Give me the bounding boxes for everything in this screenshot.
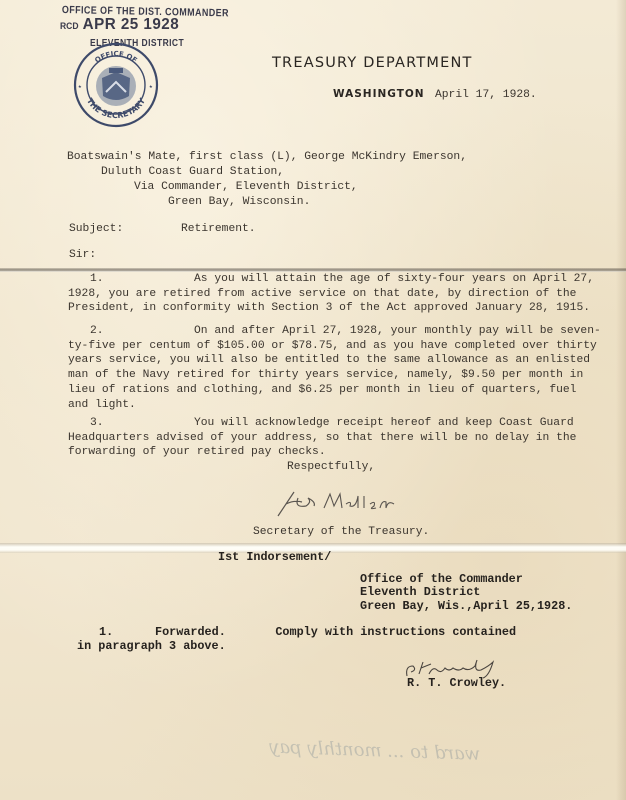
paragraph-1: 1.As you will attain the age of sixty-fo… (68, 272, 594, 316)
indorsement-office-line: Eleventh District (360, 585, 480, 600)
received-stamp-date-value: APR 25 1928 (83, 16, 179, 33)
address-line-city: Green Bay, Wisconsin. (168, 195, 310, 210)
received-stamp-prefix: RCD (60, 21, 79, 31)
paragraph-line: You will acknowledge receipt hereof and … (160, 417, 574, 429)
signature-mellon (272, 484, 412, 520)
subject-value: Retirement. (181, 222, 256, 237)
paragraph-line: President, in conformity with Section 3 … (68, 301, 594, 316)
paragraph-line: years service, you will also be entitled… (68, 353, 601, 368)
treasury-seal-icon: OFFICE OF THE SECRETARY ★ ★ (73, 42, 159, 128)
closing: Respectfully, (287, 460, 375, 475)
signer-title: Secretary of the Treasury. (253, 525, 429, 540)
paragraph-line: As you will attain the age of sixty-four… (160, 273, 594, 285)
paragraph-line: Headquarters advised of your address, so… (68, 431, 576, 446)
svg-text:OFFICE OF: OFFICE OF (94, 50, 139, 65)
indorsement-body-line: 1.Forwarded. Comply with instructions co… (77, 625, 516, 640)
letter-date: April 17, 1928. (435, 88, 537, 103)
indorsement-signer: R. T. Crowley. (407, 676, 506, 691)
paper-edge-shadow (616, 0, 626, 800)
paragraph-number: 1. (68, 272, 160, 287)
address-line-station: Duluth Coast Guard Station, (101, 165, 284, 180)
address-line-recipient: Boatswain's Mate, first class (L), Georg… (67, 150, 467, 165)
indorsement-heading: Ist Indorsement/ (218, 550, 331, 565)
paragraph-line: lieu of rations and clothing, and $6.25 … (68, 383, 601, 398)
paragraph-2: 2.On and after April 27, 1928, your mont… (68, 324, 601, 412)
paragraph-line: man of the Navy retired for thirty years… (68, 368, 601, 383)
address-line-via: Via Commander, Eleventh District, (134, 180, 358, 195)
paragraph-line: On and after April 27, 1928, your monthl… (160, 325, 601, 337)
indorsement-number: 1. (77, 625, 155, 640)
paragraph-line: forwarding of your retired pay checks. (68, 445, 576, 460)
indorsement-body-line: in paragraph 3 above. (77, 639, 226, 654)
subject-label: Subject: (69, 222, 123, 237)
indorsement-office-date: Green Bay, Wis.,April 25,1928. (360, 599, 572, 614)
paragraph-3: 3.You will acknowledge receipt hereof an… (68, 416, 576, 460)
salutation: Sir: (69, 248, 96, 263)
paragraph-number: 3. (68, 416, 160, 431)
svg-text:★: ★ (149, 83, 153, 90)
letterhead-city: WASHINGTON (333, 88, 425, 100)
paragraph-line: and light. (68, 398, 601, 413)
paragraph-line: ty-five per centum of $105.00 or $78.75,… (68, 339, 601, 354)
letterhead-department: TREASURY DEPARTMENT (272, 55, 473, 71)
svg-text:★: ★ (78, 83, 82, 90)
document-page: OFFICE OF THE DIST. COMMANDER RCD APR 25… (0, 0, 626, 800)
bleed-through-handwriting: ward to ... monthly pay (139, 732, 480, 784)
received-stamp-date: RCD APR 25 1928 (60, 16, 179, 34)
paragraph-number: 2. (68, 324, 160, 339)
paragraph-line: 1928, you are retired from active servic… (68, 287, 594, 302)
